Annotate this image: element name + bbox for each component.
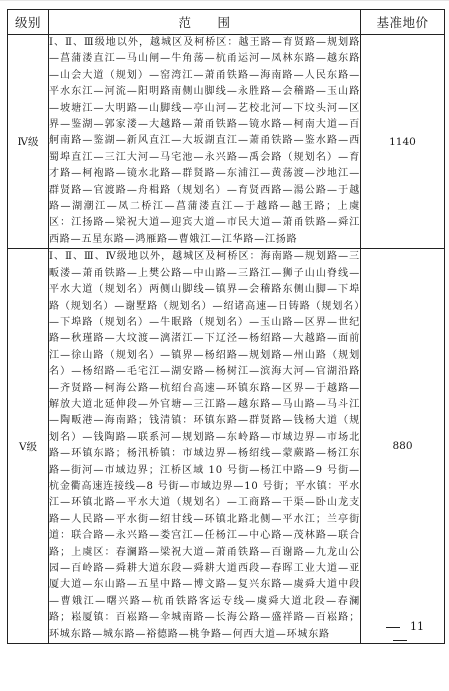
row-scope: Ⅰ、Ⅱ、Ⅲ级地以外，越城区及柯桥区：越王路—育贤路—规划路—菖蒲溇直江—马山闸—… — [49, 35, 361, 249]
row-price: 880 — [361, 249, 445, 644]
dash-left — [386, 627, 400, 628]
row-level: Ⅴ级 — [8, 249, 49, 644]
row-scope: Ⅰ、Ⅱ、Ⅲ、Ⅳ级地以外，越城区及柯桥区：海南路—规划路—三畈溇—萧甬铁路—上樊公… — [49, 249, 361, 644]
header-price: 基准地价 — [361, 10, 445, 35]
dash-right — [393, 640, 407, 641]
table-row: Ⅴ级 Ⅰ、Ⅱ、Ⅲ、Ⅳ级地以外，越城区及柯桥区：海南路—规划路—三畈溇—萧甬铁路—… — [8, 249, 445, 644]
table-header-row: 级别 范 围 基准地价 — [8, 10, 445, 35]
land-price-table: 级别 范 围 基准地价 Ⅳ级 Ⅰ、Ⅱ、Ⅲ级地以外，越城区及柯桥区：越王路—育贤路… — [7, 9, 445, 644]
row-level: Ⅳ级 — [8, 35, 49, 249]
header-level: 级别 — [8, 10, 49, 35]
page-edge — [0, 0, 449, 1]
table-row: Ⅳ级 Ⅰ、Ⅱ、Ⅲ级地以外，越城区及柯桥区：越王路—育贤路—规划路—菖蒲溇直江—马… — [8, 35, 445, 249]
page-number: 11 — [360, 620, 440, 646]
header-scope: 范 围 — [49, 10, 361, 35]
row-price: 1140 — [361, 35, 445, 249]
page-number-value: 11 — [410, 620, 424, 633]
